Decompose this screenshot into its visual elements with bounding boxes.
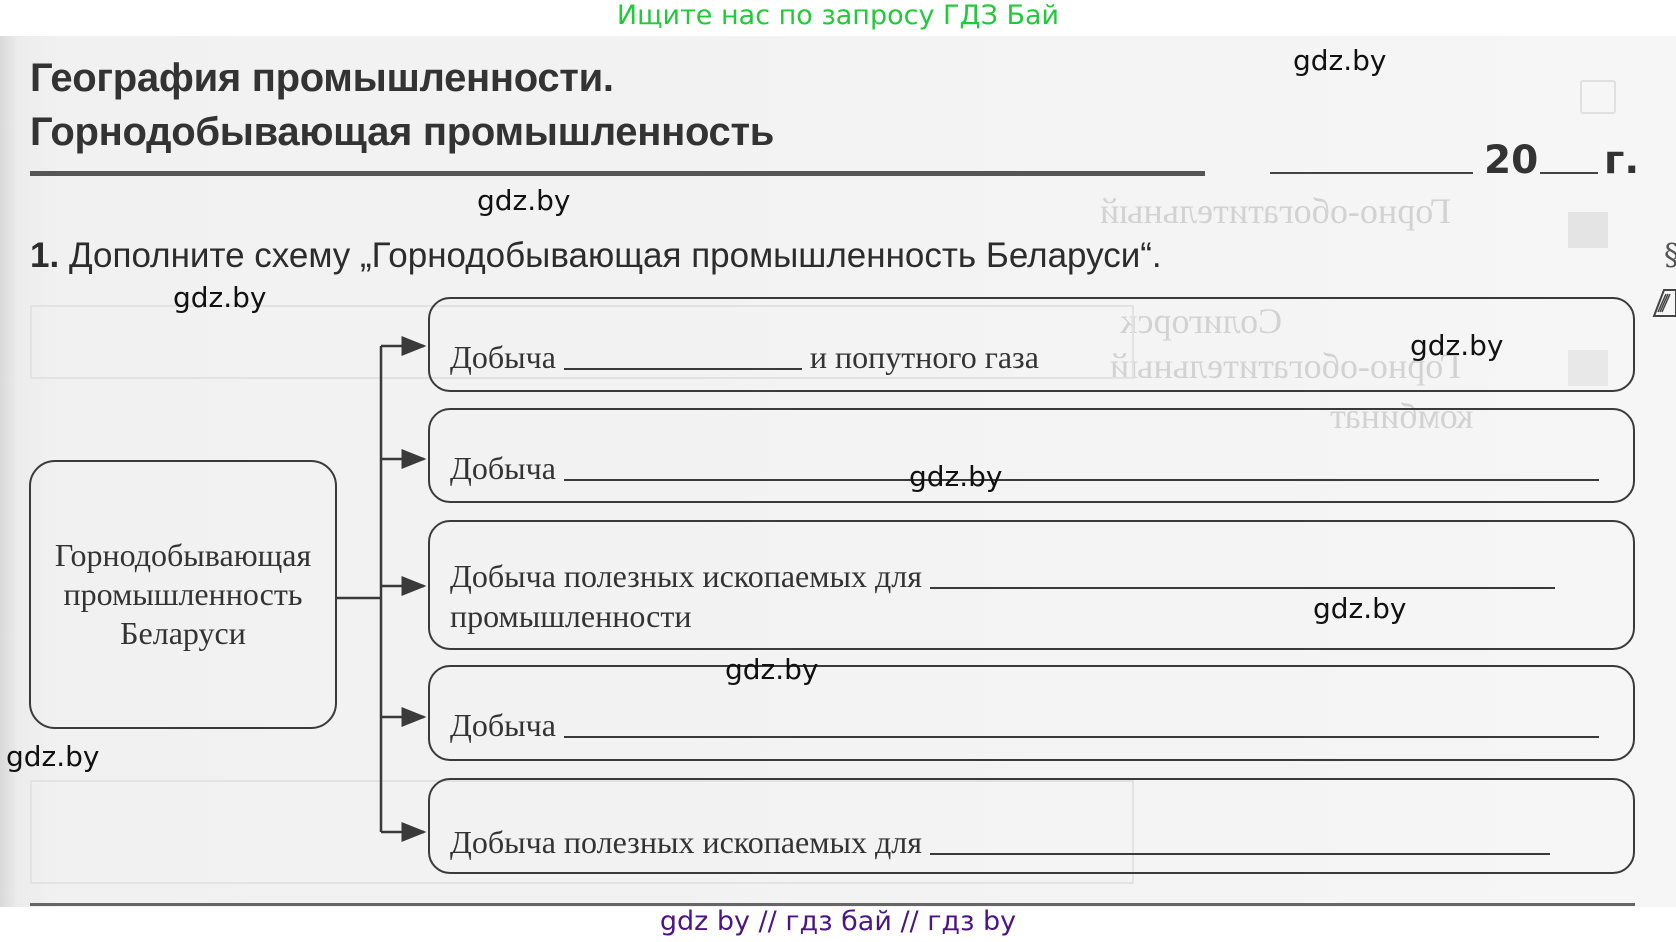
bottom-banner: gdz by // гдз бай // гдз by bbox=[0, 907, 1676, 942]
answer-blank[interactable] bbox=[564, 735, 1599, 738]
branch-label: Добыча bbox=[450, 450, 556, 487]
watermark: gdz.by bbox=[1293, 44, 1387, 77]
branch-label: Добыча bbox=[450, 707, 556, 744]
branch-label-suffix: и попутного газа bbox=[810, 339, 1039, 376]
answer-blank[interactable] bbox=[564, 478, 1599, 481]
watermark: gdz.by bbox=[1410, 329, 1504, 362]
answer-blank[interactable] bbox=[930, 852, 1550, 855]
watermark: gdz.by bbox=[477, 184, 571, 217]
scheme-branch-5: Добыча полезных ископаемых для bbox=[428, 778, 1635, 874]
footer-text: gdz by // гдз бай // гдз by bbox=[660, 906, 1016, 937]
watermark: gdz.by bbox=[909, 460, 1003, 493]
answer-blank[interactable] bbox=[930, 586, 1555, 589]
watermark: gdz.by bbox=[173, 281, 267, 314]
branch-label: Добыча полезных ископаемых для bbox=[450, 558, 922, 595]
root-line: промышленность bbox=[55, 575, 311, 614]
scheme-branch-4: Добыча bbox=[428, 665, 1635, 761]
root-line: Беларуси bbox=[55, 614, 311, 653]
branch-label: Добыча полезных ископаемых для bbox=[450, 824, 922, 861]
branch-label-line2: промышленности bbox=[450, 598, 691, 635]
watermark: gdz.by bbox=[6, 740, 100, 773]
watermark: gdz.by bbox=[1313, 592, 1407, 625]
answer-blank[interactable] bbox=[564, 367, 802, 370]
root-line: Горнодобывающая bbox=[55, 536, 311, 575]
scheme-branch-3: Добыча полезных ископаемых для промышлен… bbox=[428, 520, 1635, 650]
branch-label: Добыча bbox=[450, 339, 556, 376]
watermark: gdz.by bbox=[725, 653, 819, 686]
scheme-branch-2: Добыча bbox=[428, 408, 1635, 503]
scheme-root-node: Горнодобывающая промышленность Беларуси bbox=[29, 460, 337, 729]
